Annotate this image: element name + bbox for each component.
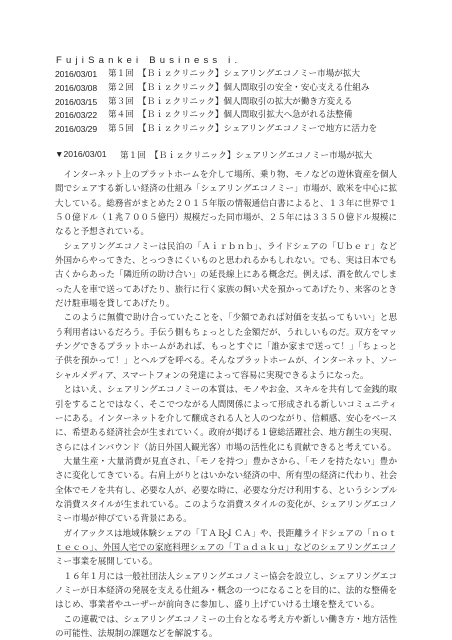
- series-episode-number: 第１回: [108, 68, 138, 82]
- series-date: 2016/03/22: [55, 109, 105, 123]
- series-episode-number: 第４回: [108, 109, 138, 123]
- article-paragraph: 大量生産・大量消費が見直され、「モノを持つ」豊かさから、「モノを持たない」豊かさ…: [55, 455, 397, 527]
- series-episode-number: 第３回: [108, 96, 138, 110]
- article-heading: ▼2016/03/01 第１回 【Ｂｉｚクリニック】シェアリングエコノミー市場が…: [55, 149, 372, 161]
- article-paragraph: １６年１月には一般社団法人シェアリングエコノミー協会を設立し、シェアリングエコノ…: [55, 570, 397, 613]
- series-date: 2016/03/01: [55, 68, 105, 82]
- series-index-row: 2016/03/08 第２回 【Ｂｉｚクリニック】個人間取引の安全・安心支える仕…: [55, 82, 405, 96]
- article-body: インターネット上のプラットホームを介して場所、乗り物、モノなどの遊休資産を個人間…: [55, 168, 397, 640]
- series-title: 【Ｂｉｚクリニック】シェアリングエコノミー市場が拡大: [138, 68, 405, 82]
- series-title: 【Ｂｉｚクリニック】個人間取引拡大へ急がれる法整備: [138, 109, 405, 123]
- series-title: 【Ｂｉｚクリニック】個人間取引の安全・安心支える仕組み: [138, 82, 405, 96]
- article-paragraph: このように無償で助け合っていたことを、「少額であれば対価を支払ってもいい」と思う…: [55, 311, 397, 383]
- series-episode-number: 第５回: [108, 123, 138, 137]
- triangle-down-icon: ▼: [55, 149, 64, 159]
- series-date: 2016/03/29: [55, 123, 105, 137]
- series-index-row: 2016/03/01 第１回 【Ｂｉｚクリニック】シェアリングエコノミー市場が拡…: [55, 68, 405, 82]
- series-episode-number: 第２回: [108, 82, 138, 96]
- masthead: FujiSankei Business i.: [56, 55, 241, 66]
- article-date: ▼2016/03/01: [55, 149, 117, 161]
- diamond-icon: ◇: [0, 530, 452, 542]
- article-paragraph: とはいえ、シェアリングエコノミーの本質は、モノやお金、スキルを共有して金銭的取引…: [55, 383, 397, 455]
- article-title: 【Ｂｉｚクリニック】シェアリングエコノミー市場が拡大: [150, 149, 372, 161]
- article-episode-number: 第１回: [120, 149, 150, 161]
- series-date: 2016/03/08: [55, 82, 105, 96]
- series-date: 2016/03/15: [55, 96, 105, 110]
- series-index-row: 2016/03/29 第５回 【Ｂｉｚクリニック】シェアリングエコノミーで地方に…: [55, 123, 405, 137]
- article-paragraph: シェアリングエコノミーは民泊の「Ａｉｒｂｎｂ」、ライドシェアの「Ｕｂｅｒ」など外…: [55, 240, 397, 312]
- series-index-row: 2016/03/22 第４回 【Ｂｉｚクリニック】個人間取引拡大へ急がれる法整備: [55, 109, 405, 123]
- series-index: 2016/03/01 第１回 【Ｂｉｚクリニック】シェアリングエコノミー市場が拡…: [55, 68, 405, 137]
- series-index-row: 2016/03/15 第３回 【Ｂｉｚクリニック】個人間取引の拡大が働き方変える: [55, 96, 405, 110]
- series-title: 【Ｂｉｚクリニック】個人間取引の拡大が働き方変える: [138, 96, 405, 110]
- series-title: 【Ｂｉｚクリニック】シェアリングエコノミーで地方に活力を: [138, 123, 405, 137]
- article-paragraph: インターネット上のプラットホームを介して場所、乗り物、モノなどの遊休資産を個人間…: [55, 168, 397, 240]
- divider: [56, 551, 395, 552]
- article-paragraph: この連載では、シェアリングエコノミーの土台となる考え方や新しい働き方・地方活性の…: [55, 613, 397, 640]
